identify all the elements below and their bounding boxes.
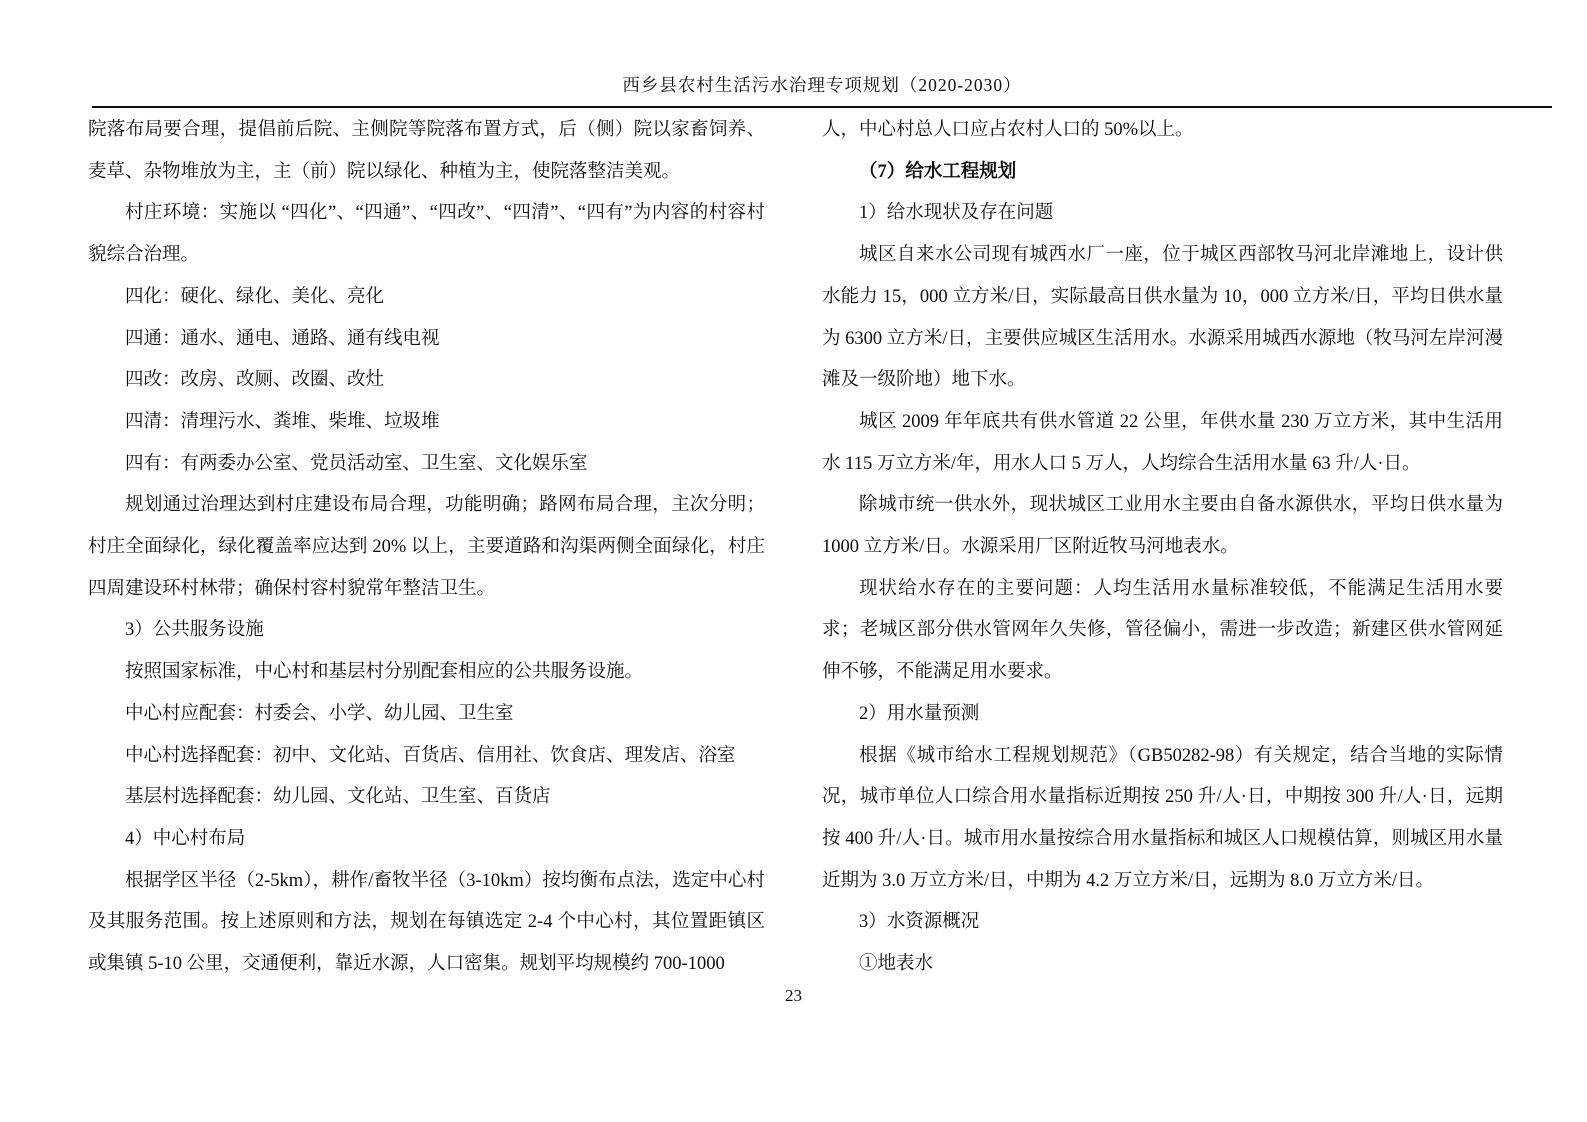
paragraph: 城区自来水公司现有城西水厂一座，位于城区西部牧马河北岸滩地上，设计供水能力 15… xyxy=(822,235,1503,402)
section-heading: （7）给水工程规划 xyxy=(822,152,1503,194)
paragraph: 1）给水现状及存在问题 xyxy=(822,193,1503,235)
paragraph: 根据学区半径（2-5km），耕作/畜牧半径（3-10km）按均衡布点法，选定中心… xyxy=(88,861,765,986)
paragraph: 3）公共服务设施 xyxy=(88,610,765,652)
paragraph: 院落布局要合理，提倡前后院、主侧院等院落布置方式，后（侧）院以家畜饲养、麦草、杂… xyxy=(88,110,765,193)
paragraph: 现状给水存在的主要问题：人均生活用水量标准较低，不能满足生活用水要求；老城区部分… xyxy=(822,569,1503,694)
paragraph: 2）用水量预测 xyxy=(822,694,1503,736)
paragraph: 四改：改房、改厕、改圈、改灶 xyxy=(88,360,765,402)
paragraph: 城区 2009 年年底共有供水管道 22 公里，年供水量 230 万立方米，其中… xyxy=(822,402,1503,485)
paragraph: 人，中心村总人口应占农村人口的 50%以上。 xyxy=(822,110,1503,152)
paragraph: 四通：通水、通电、通路、通有线电视 xyxy=(88,319,765,361)
header-title: 西乡县农村生活污水治理专项规划（2020-2030） xyxy=(622,75,1021,95)
left-text-column: 院落布局要合理，提倡前后院、主侧院等院落布置方式，后（侧）院以家畜饲养、麦草、杂… xyxy=(88,110,765,986)
right-text-column: 人，中心村总人口应占农村人口的 50%以上。（7）给水工程规划1）给水现状及存在… xyxy=(822,110,1503,986)
paragraph: 中心村选择配套：初中、文化站、百货店、信用社、饮食店、理发店、浴室 xyxy=(88,736,765,778)
document-page: 西乡县农村生活污水治理专项规划（2020-2030） 院落布局要合理，提倡前后院… xyxy=(0,0,1587,1122)
paragraph: 四有：有两委办公室、党员活动室、卫生室、文化娱乐室 xyxy=(88,444,765,486)
paragraph: 4）中心村布局 xyxy=(88,819,765,861)
paragraph: 四清：清理污水、粪堆、柴堆、垃圾堆 xyxy=(88,402,765,444)
paragraph: 按照国家标准，中心村和基层村分别配套相应的公共服务设施。 xyxy=(88,652,765,694)
paragraph: 村庄环境：实施以 “四化”、“四通”、“四改”、“四清”、“四有”为内容的村容村… xyxy=(88,193,765,276)
paragraph: 四化：硬化、绿化、美化、亮化 xyxy=(88,277,765,319)
paragraph: 中心村应配套：村委会、小学、幼儿园、卫生室 xyxy=(88,694,765,736)
paragraph: 3）水资源概况 xyxy=(822,902,1503,944)
page-header: 西乡县农村生活污水治理专项规划（2020-2030） xyxy=(92,72,1552,108)
paragraph: 基层村选择配套：幼儿园、文化站、卫生室、百货店 xyxy=(88,777,765,819)
paragraph: 根据《城市给水工程规划规范》（GB50282-98）有关规定，结合当地的实际情况… xyxy=(822,736,1503,903)
paragraph: 规划通过治理达到村庄建设布局合理，功能明确；路网布局合理，主次分明；村庄全面绿化… xyxy=(88,485,765,610)
paragraph: ①地表水 xyxy=(822,944,1503,986)
page-number: 23 xyxy=(0,986,1587,1006)
paragraph: 除城市统一供水外，现状城区工业用水主要由自备水源供水，平均日供水量为 1000 … xyxy=(822,485,1503,568)
